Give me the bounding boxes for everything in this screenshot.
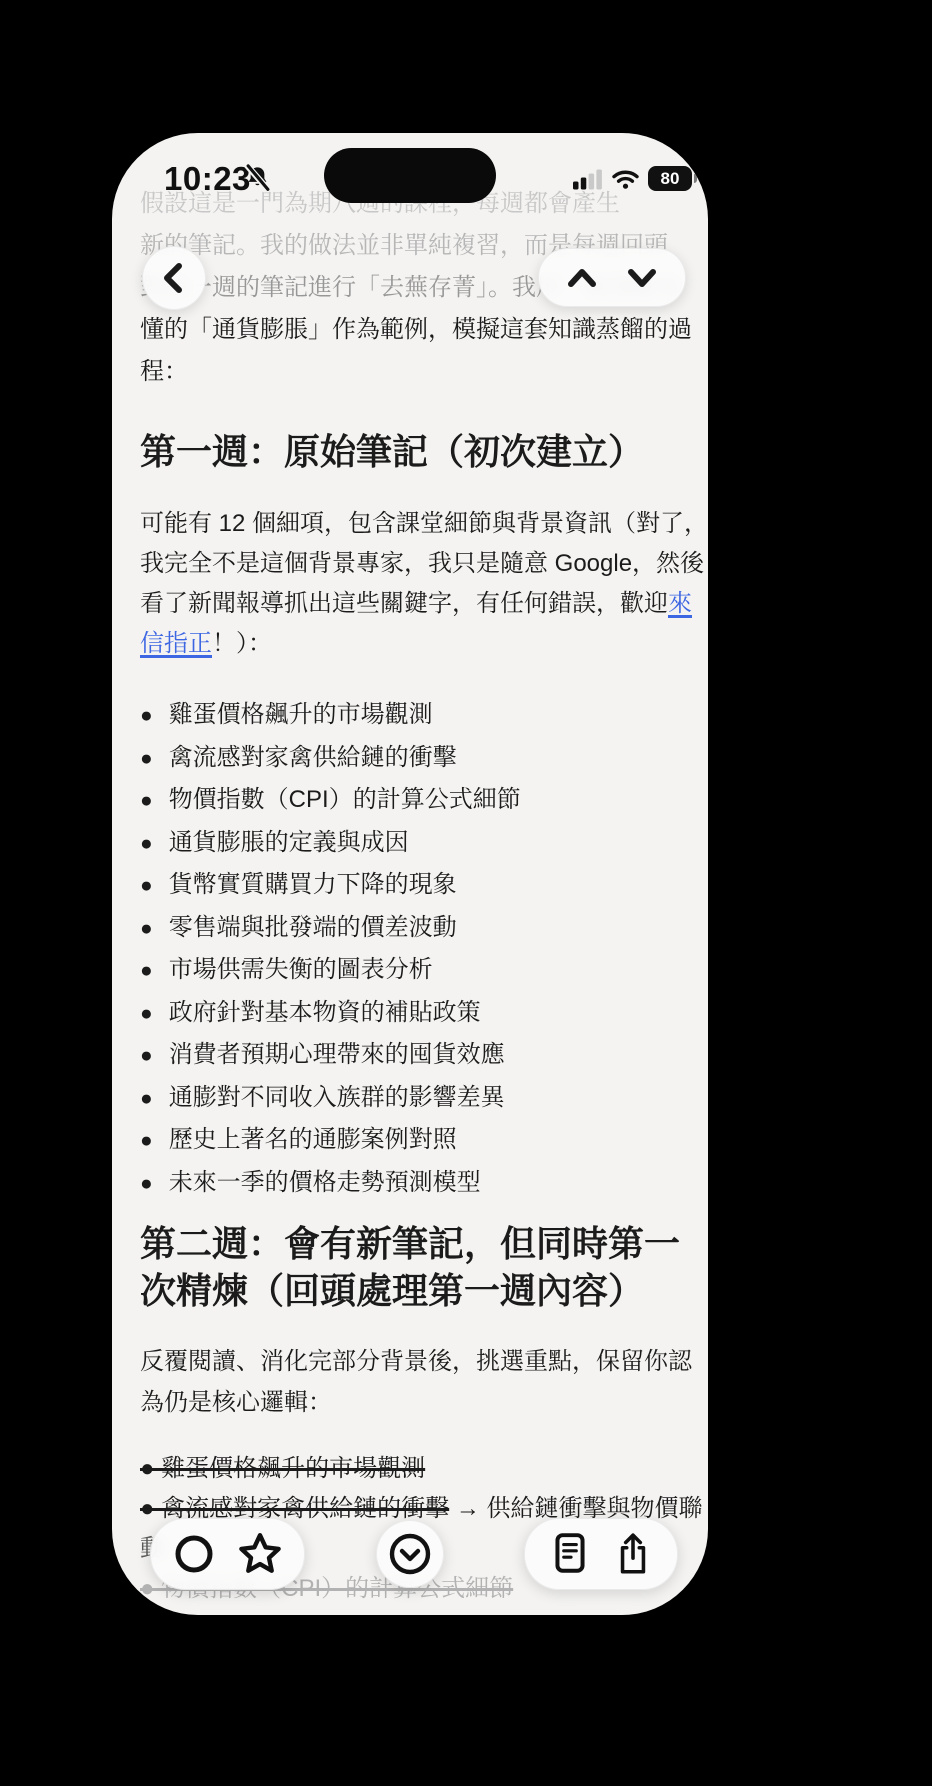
chevron-left-icon — [157, 259, 191, 297]
paragraph-line: 我完全不是這個背景專家，我只是隨意 Google，然後 — [140, 544, 708, 584]
bullet-item: 市場供需失衡的圖表分析 — [140, 949, 708, 992]
cellular-signal-icon — [573, 167, 603, 190]
back-button[interactable] — [142, 246, 206, 310]
phone-screen: 假設這是一門為期八週的課程，每週都會產生新的筆記。我的做法並非單純複習，而是每週… — [112, 133, 708, 1615]
prev-next-pager — [538, 248, 686, 307]
scroll-down-button[interactable] — [376, 1520, 444, 1588]
clock-time: 10:23 — [164, 160, 251, 198]
text-segment: ！）： — [212, 630, 272, 657]
text-segment: 我完全不是這個背景專家，我只是隨意 Google，然後 — [140, 550, 704, 577]
paragraph-line: 信指正！）： — [140, 624, 708, 664]
contact-link[interactable]: 信指正 — [140, 630, 212, 657]
bell-slash-icon — [244, 164, 271, 191]
week2-paragraph: 反覆閱讀、消化完部分背景後，挑選重點，保留你認為仍是核心邏輯： — [140, 1341, 708, 1423]
status-icons: 80 — [573, 166, 692, 191]
week2-heading: 第二週：會有新筆記，但同時第一次精煉（回頭處理第一週內容） — [140, 1220, 708, 1314]
bullet-item: 禽流感對家禽供給鏈的衝擊 — [140, 737, 708, 780]
toolbar-left-pill — [150, 1518, 305, 1590]
contact-link[interactable]: 來 — [668, 590, 692, 617]
chevron-down-icon[interactable] — [625, 266, 659, 290]
battery-icon: 80 — [648, 166, 692, 191]
toolbar-right-pill — [524, 1518, 678, 1590]
text-segment: 可能有 12 個細項，包含課堂細節與背景資訊（對了， — [140, 510, 708, 537]
paragraph-line: 看了新聞報導抓出這些關鍵字，有任何錯誤，歡迎來 — [140, 584, 708, 624]
text-segment: 反覆閱讀、消化完部分背景後，挑選重點，保留你認 — [140, 1348, 692, 1375]
bullet-item: 零售端與批發端的價差波動 — [140, 907, 708, 950]
bullet-item: 通貨膨脹的定義與成因 — [140, 822, 708, 865]
bullet-item: 物價指數（CPI）的計算公式細節 — [140, 779, 708, 822]
star-icon[interactable] — [237, 1532, 283, 1576]
bullet-item: 消費者預期心理帶來的囤貨效應 — [140, 1034, 708, 1077]
chevron-up-icon[interactable] — [565, 266, 599, 290]
scroll-down-icon — [387, 1531, 433, 1577]
week1-heading: 第一週：原始筆記（初次建立） — [140, 427, 708, 477]
dynamic-island — [324, 148, 496, 203]
bullet-item: 雞蛋價格飆升的市場觀測 — [140, 694, 708, 737]
paragraph-line: 可能有 12 個細項，包含課堂細節與背景資訊（對了， — [140, 504, 708, 544]
week1-paragraph: 可能有 12 個細項，包含課堂細節與背景資訊（對了，我完全不是這個背景專家，我只… — [140, 504, 708, 664]
share-icon[interactable] — [614, 1531, 652, 1577]
bullet-item: 通膨對不同收入族群的影響差異 — [140, 1077, 708, 1120]
bullet-item: 歷史上著名的通膨案例對照 — [140, 1119, 708, 1162]
intro-line: 懂的「通貨膨脹」作為範例，模擬這套知識蒸餾的過 — [140, 309, 708, 351]
text-segment: ● 雞蛋價格飆升的市場觀測 — [140, 1455, 425, 1482]
heading-line: 次精煉（回頭處理第一週內容） — [140, 1267, 708, 1314]
week1-bullet-list: 雞蛋價格飆升的市場觀測禽流感對家禽供給鏈的衝擊物價指數（CPI）的計算公式細節通… — [140, 694, 708, 1204]
screenshot-stage: 假設這是一門為期八週的課程，每週都會產生新的筆記。我的做法並非單純複習，而是每週… — [0, 0, 932, 1786]
intro-line: 程： — [140, 351, 708, 393]
heading-line: 第二週：會有新筆記，但同時第一 — [140, 1220, 708, 1267]
refined-line: ● 雞蛋價格飆升的市場觀測 — [140, 1449, 708, 1489]
paragraph-line: 為仍是核心邏輯： — [140, 1382, 708, 1423]
circle-icon[interactable] — [172, 1532, 216, 1576]
paragraph-line: 反覆閱讀、消化完部分背景後，挑選重點，保留你認 — [140, 1341, 708, 1382]
bullet-item: 政府針對基本物資的補貼政策 — [140, 992, 708, 1035]
bullet-item: 未來一季的價格走勢預測模型 — [140, 1162, 708, 1205]
text-segment: 看了新聞報導抓出這些關鍵字，有任何錯誤，歡迎 — [140, 590, 668, 617]
reader-icon[interactable] — [550, 1531, 590, 1577]
bullet-item: 貨幣實質購買力下降的現象 — [140, 864, 708, 907]
text-segment: 為仍是核心邏輯： — [140, 1389, 332, 1416]
wifi-icon — [611, 168, 640, 190]
